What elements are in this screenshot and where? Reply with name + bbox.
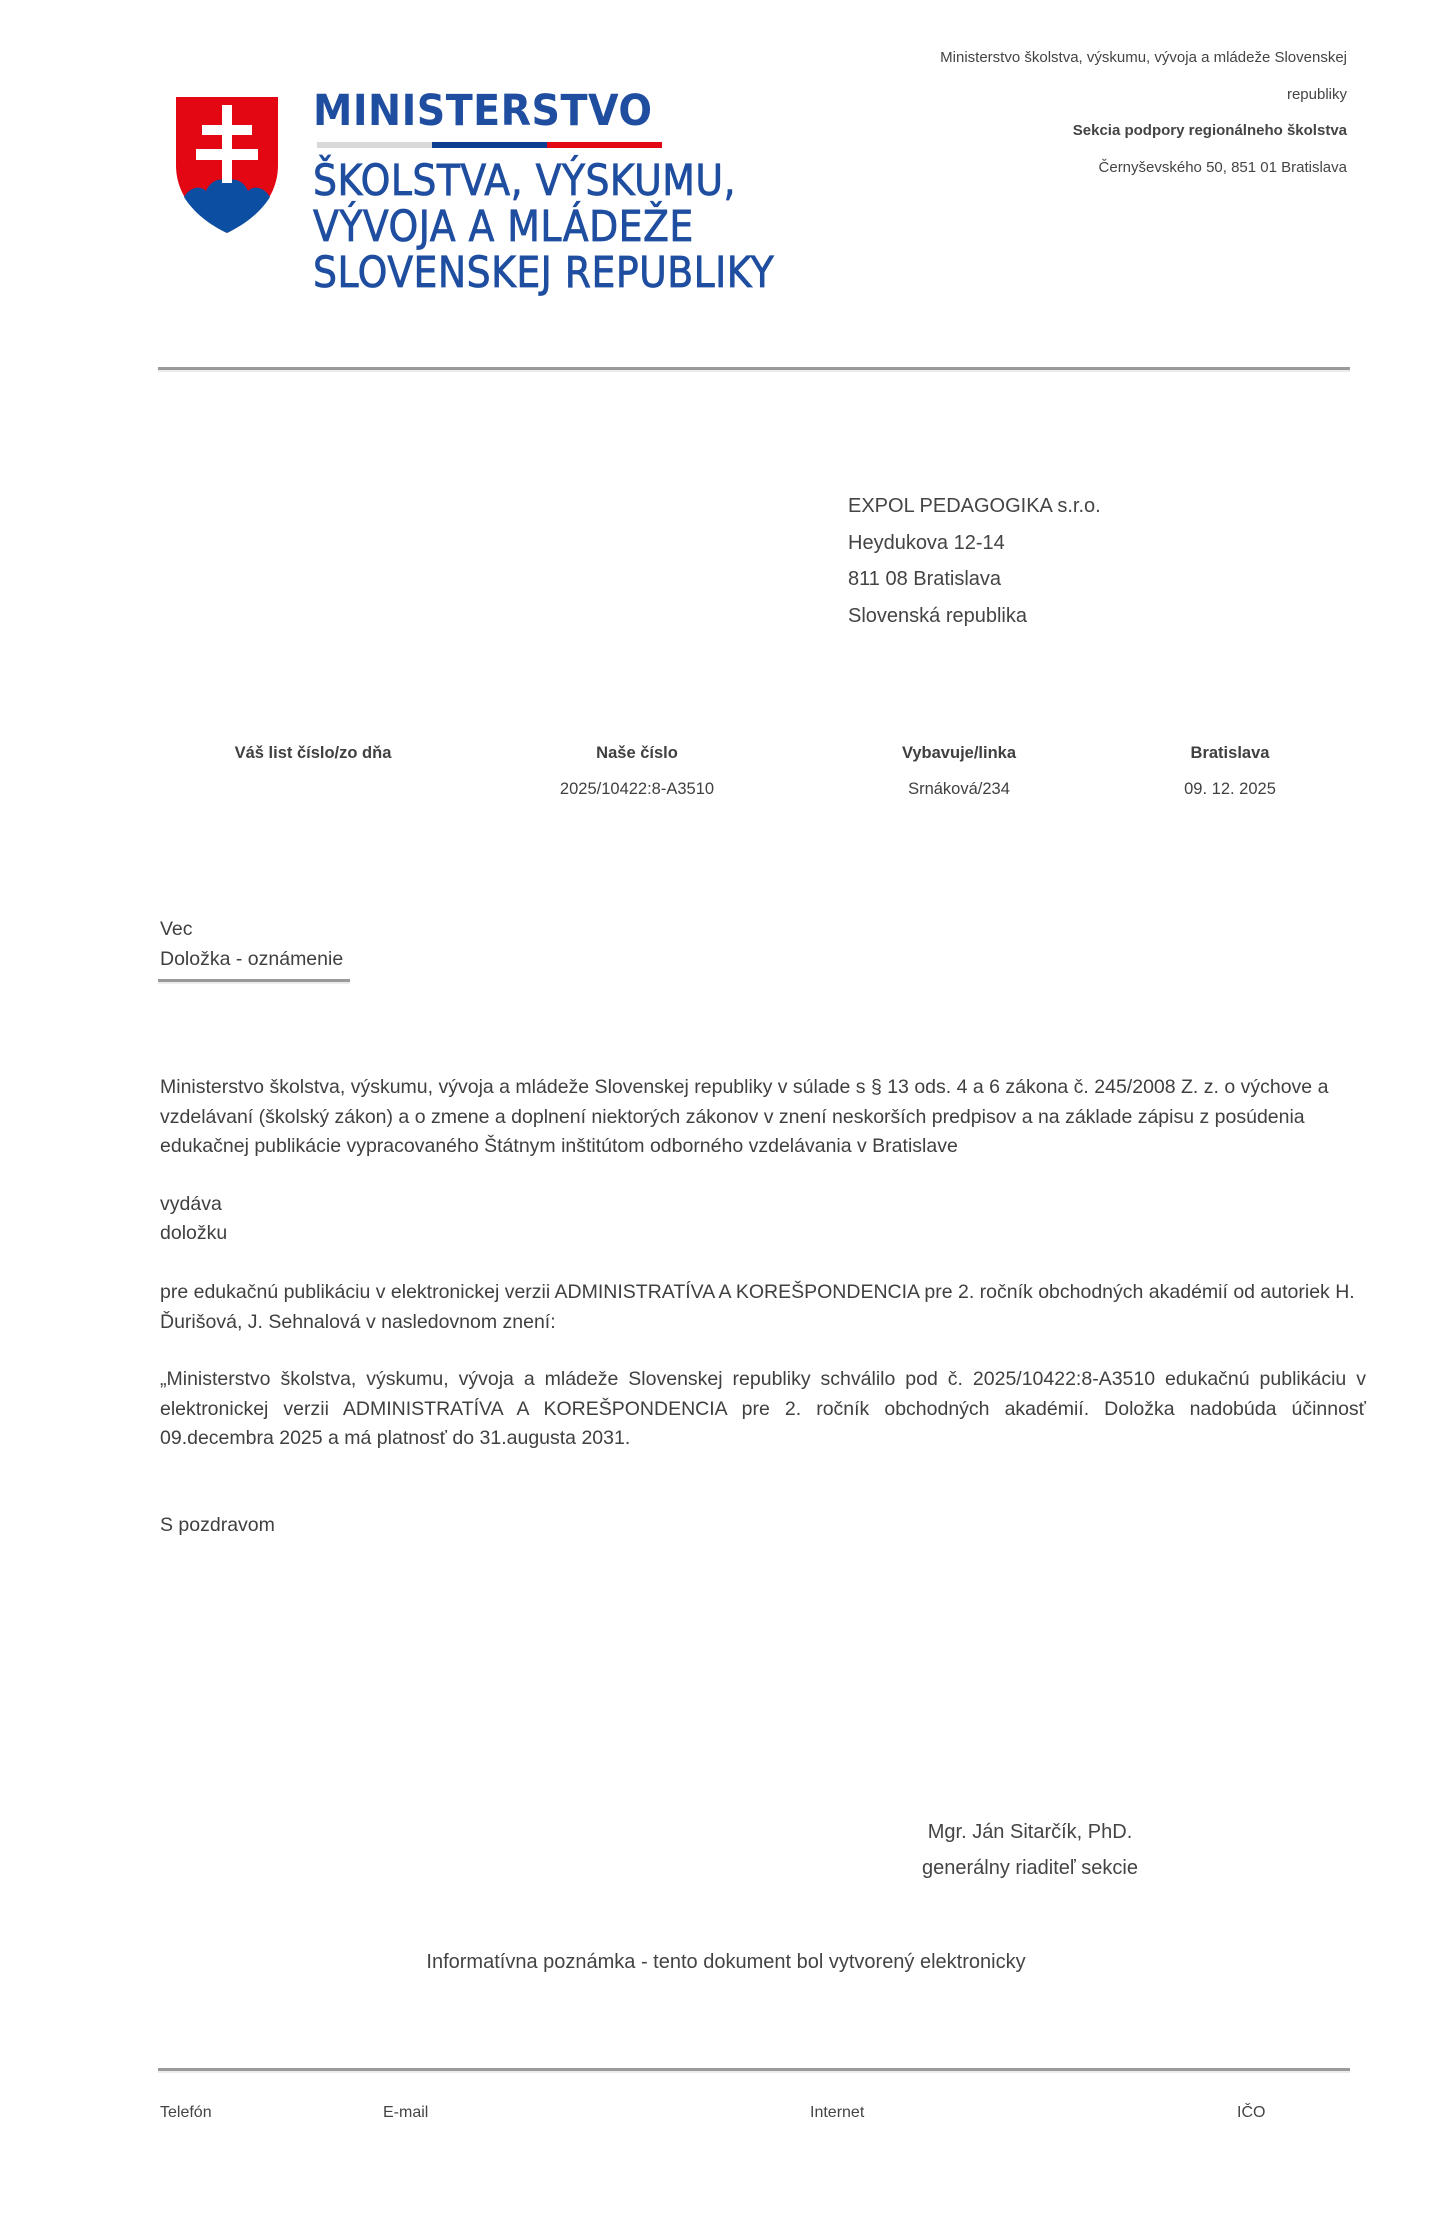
body-quote: „Ministerstvo školstva, výskumu, vývoja …: [160, 1365, 1366, 1454]
subject-underline: [158, 979, 350, 984]
signature-name: Mgr. Ján Sitarčík, PhD.: [880, 1814, 1180, 1850]
recipient-street: Heydukova 12-14: [848, 525, 1101, 562]
recipient-name: EXPOL PEDAGOGIKA s.r.o.: [848, 488, 1101, 525]
ministry-logo: MINISTERSTVO ŠKOLSTVA, VÝSKUMU, VÝVOJA A…: [313, 88, 837, 296]
sender-address: Černyševského 50, 851 01 Bratislava: [827, 150, 1347, 187]
info-note: Informatívna poznámka - tento dokument b…: [160, 1951, 1292, 1974]
footer-ico-label: IČO: [1237, 2104, 1265, 2122]
logo-line-4: SLOVENSKEJ REPUBLIKY: [313, 250, 774, 296]
sender-section: Sekcia podpory regionálneho školstva: [827, 113, 1347, 150]
ref-value: 09. 12. 2025: [1130, 771, 1330, 807]
ref-label: Bratislava: [1130, 735, 1330, 771]
ref-our-number: Naše číslo 2025/10422:8-A3510: [537, 735, 737, 807]
ref-place-date: Bratislava 09. 12. 2025: [1130, 735, 1330, 807]
ref-value: Srnáková/234: [859, 771, 1059, 807]
sender-ministry-line1: Ministerstvo školstva, výskumu, vývoja a…: [827, 40, 1347, 77]
body-for-publication: pre edukačnú publikáciu v elektronickej …: [160, 1278, 1366, 1337]
signature-title: generálny riaditeľ sekcie: [880, 1850, 1180, 1886]
footer-divider: [158, 2068, 1350, 2073]
body-clause: doložku: [160, 1219, 1366, 1249]
ref-value: 2025/10422:8-A3510: [537, 771, 737, 807]
logo-line-3: VÝVOJA A MLÁDEŽE: [313, 204, 774, 250]
ref-label: Vybavuje/linka: [859, 735, 1059, 771]
subject-block: Vec Doložka - oznámenie: [160, 915, 343, 974]
ref-label: Váš list číslo/zo dňa: [213, 735, 413, 771]
footer-internet-label: Internet: [810, 2104, 864, 2122]
sender-header: Ministerstvo školstva, výskumu, vývoja a…: [827, 40, 1347, 186]
ref-handled-by: Vybavuje/linka Srnáková/234: [859, 735, 1059, 807]
signature-block: Mgr. Ján Sitarčík, PhD. generálny riadit…: [880, 1814, 1180, 1886]
logo-line-1: MINISTERSTVO: [313, 88, 795, 134]
recipient-address: EXPOL PEDAGOGIKA s.r.o. Heydukova 12-14 …: [848, 488, 1101, 634]
body-issues: vydáva: [160, 1190, 1366, 1220]
logo-line-2: ŠKOLSTVA, VÝSKUMU,: [313, 158, 774, 204]
slovak-coat-of-arms-icon: [172, 95, 282, 235]
subject-label: Vec: [160, 915, 343, 945]
ref-value: [213, 771, 413, 807]
body-intro: Ministerstvo školstva, výskumu, vývoja a…: [160, 1073, 1366, 1162]
ref-label: Naše číslo: [537, 735, 737, 771]
recipient-city: 811 08 Bratislava: [848, 561, 1101, 598]
footer-email-label: E-mail: [383, 2104, 428, 2122]
footer-phone-label: Telefón: [160, 2104, 212, 2122]
body-greeting: S pozdravom: [160, 1511, 1366, 1541]
header-divider: [158, 367, 1350, 372]
subject-text: Doložka - oznámenie: [160, 945, 343, 975]
ref-your-letter: Váš list číslo/zo dňa: [213, 735, 413, 807]
logo-tricolor-bar: [317, 142, 662, 148]
recipient-country: Slovenská republika: [848, 598, 1101, 635]
sender-ministry-line2: republiky: [827, 77, 1347, 114]
